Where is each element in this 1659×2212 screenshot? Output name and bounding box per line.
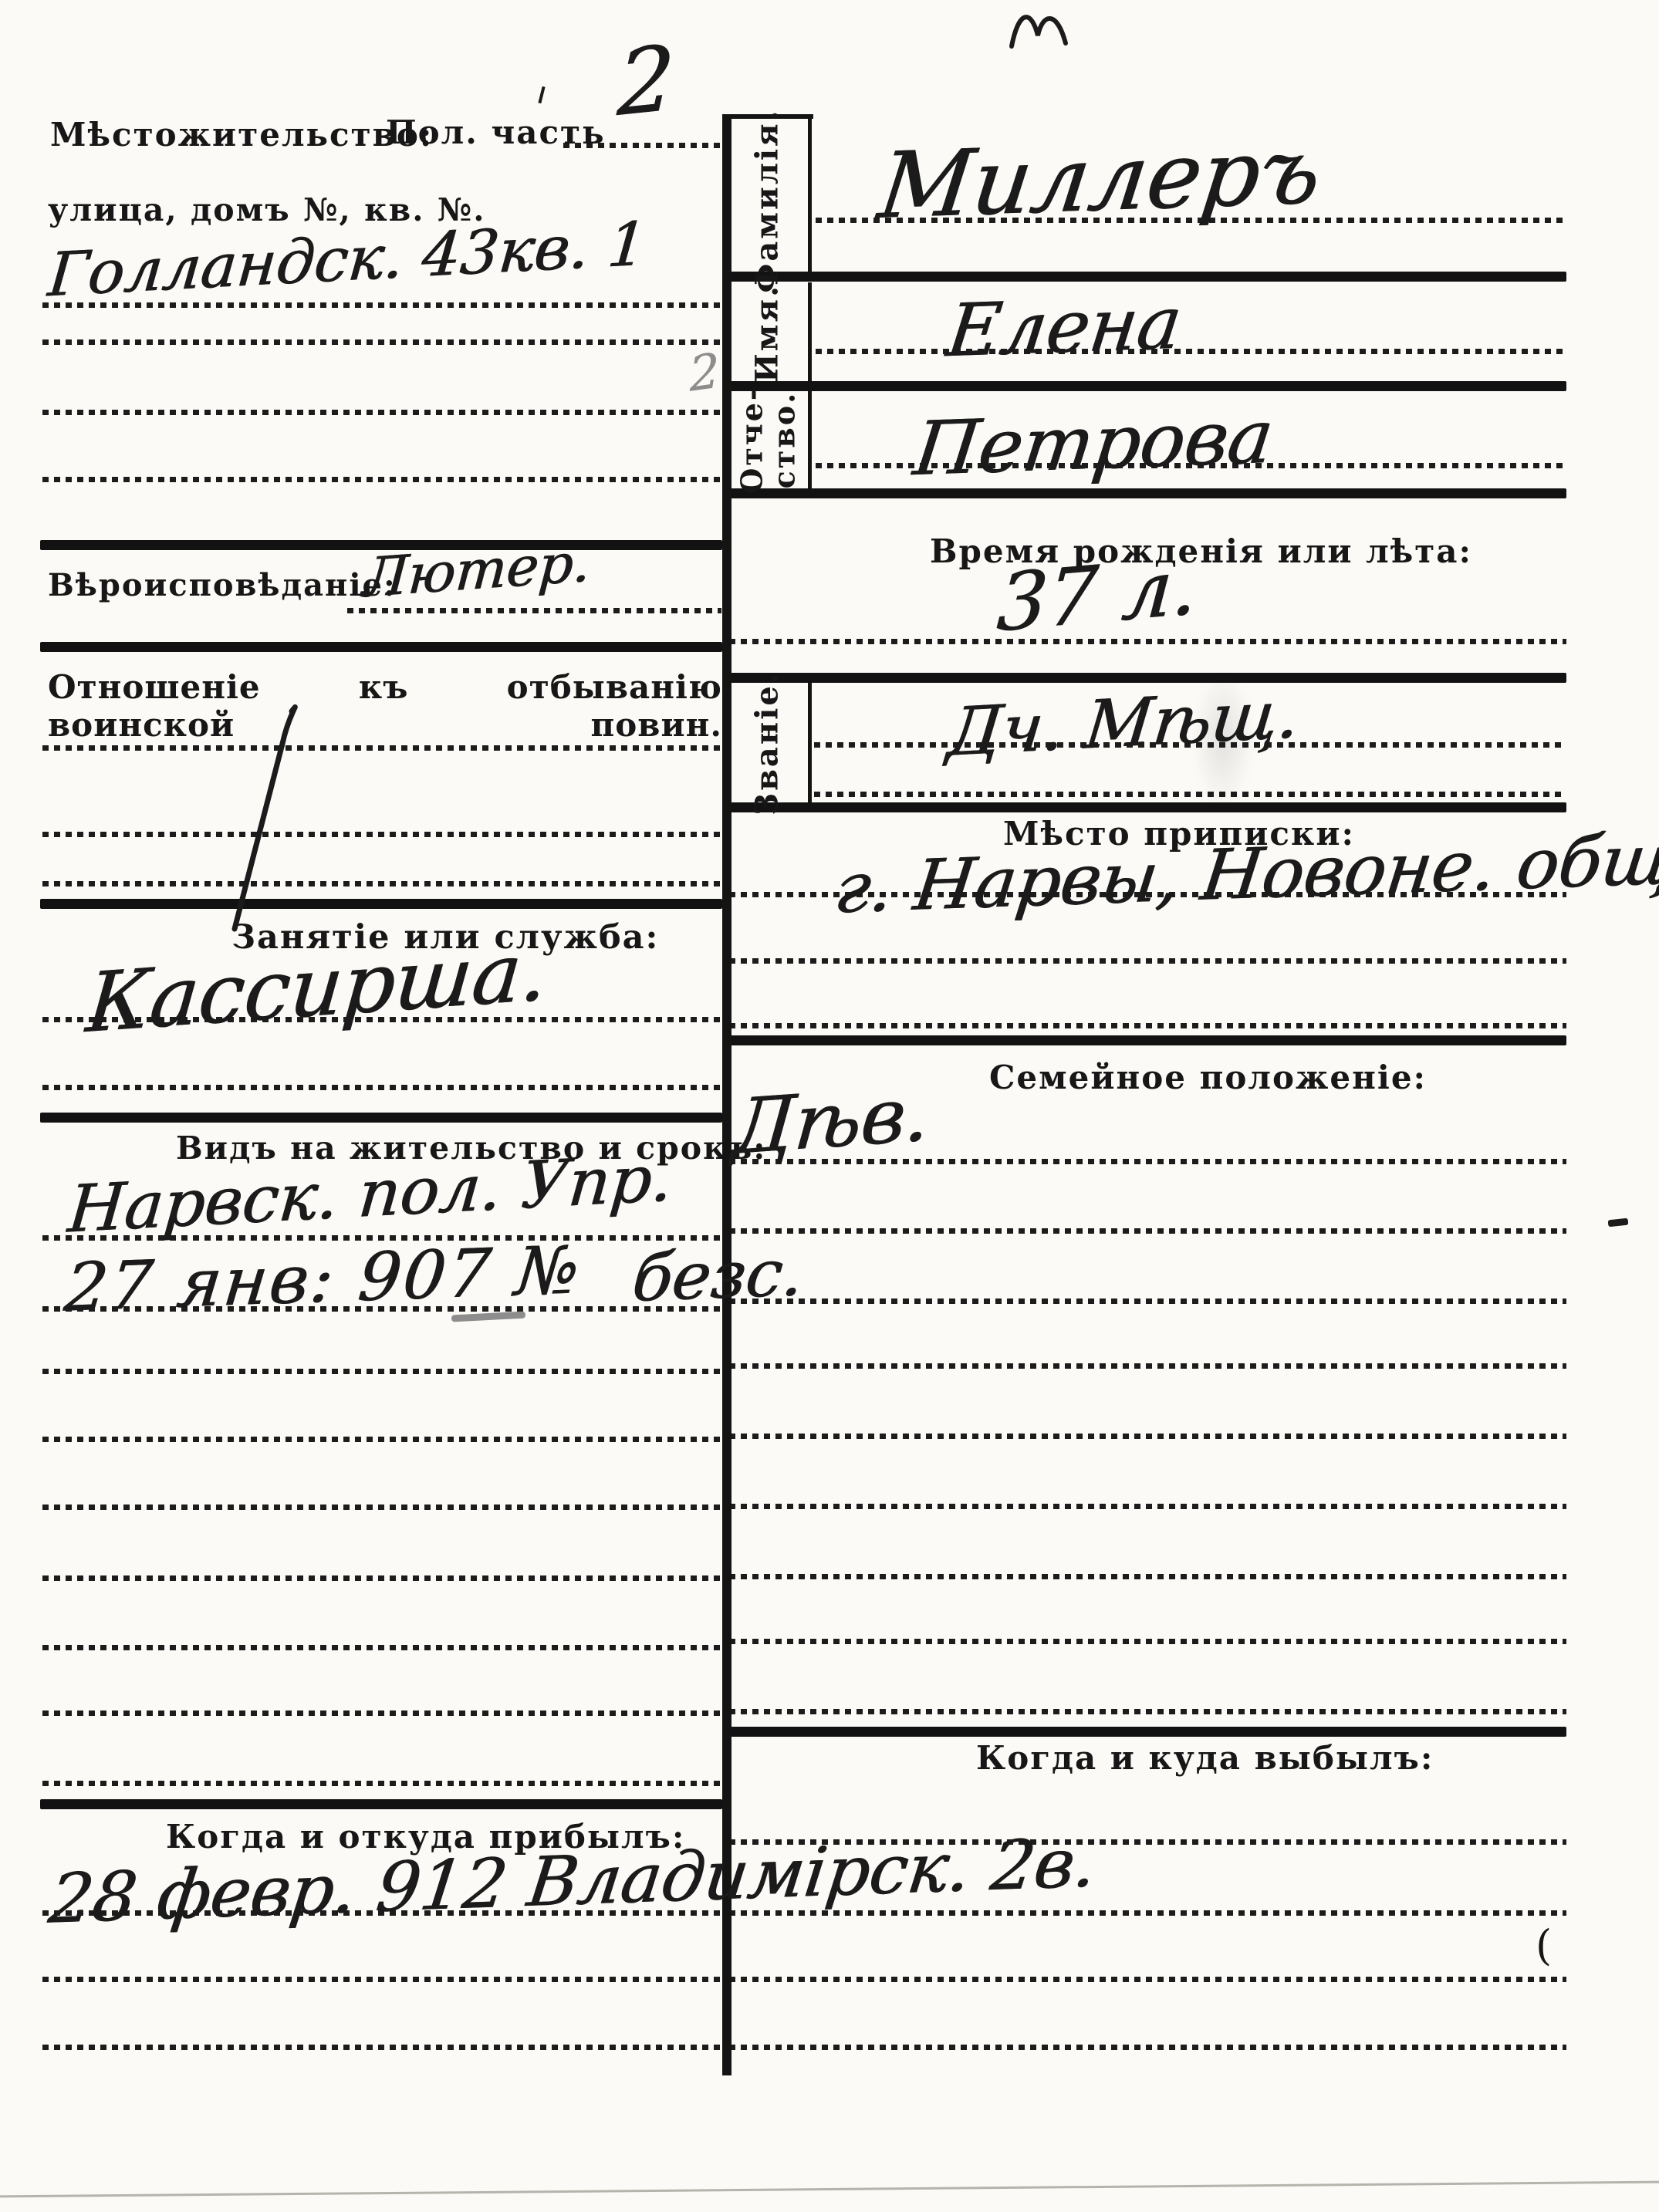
thick-rule bbox=[40, 899, 722, 909]
dotted-line bbox=[42, 477, 721, 482]
dotted-line bbox=[729, 1574, 1566, 1579]
police-part-label: Пол. часть bbox=[386, 113, 606, 151]
dotted-line bbox=[42, 1437, 721, 1442]
dotted-line bbox=[729, 1910, 1566, 1916]
column-divider bbox=[722, 114, 732, 2075]
thick-rule bbox=[722, 272, 1566, 282]
dotted-line bbox=[729, 958, 1566, 964]
dotted-line bbox=[42, 1085, 721, 1090]
dotted-line bbox=[42, 1977, 721, 1982]
dotted-line bbox=[729, 1023, 1566, 1028]
dotted-line bbox=[729, 639, 1566, 644]
dotted-line bbox=[42, 1369, 721, 1374]
top-edge-ink-mark bbox=[1007, 3, 1072, 52]
name-box-inner-rule bbox=[808, 282, 812, 381]
occupation-value-handwritten: Кассирша. bbox=[83, 924, 551, 1052]
surname-label-vertical: Фамилія. bbox=[749, 108, 786, 292]
police-part-value-handwritten: 2 bbox=[616, 26, 676, 137]
first-name-label-vertical: Имя. bbox=[749, 284, 786, 383]
thick-rule bbox=[722, 488, 1566, 498]
dotted-line bbox=[729, 1504, 1566, 1509]
patronymic-box-inner-rule bbox=[808, 391, 812, 488]
departure-label: Когда и куда выбылъ: bbox=[976, 1739, 1434, 1777]
family-status-label: Семейное положеніе: bbox=[989, 1059, 1427, 1096]
thick-rule bbox=[722, 1727, 1566, 1737]
dotted-line bbox=[347, 608, 721, 613]
dotted-line bbox=[42, 1645, 721, 1650]
residence-permit-line2-end-handwritten: безс. bbox=[629, 1234, 807, 1316]
edge-ink-mark bbox=[1608, 1218, 1629, 1228]
dotted-line bbox=[729, 1363, 1566, 1369]
dotted-line bbox=[729, 1434, 1566, 1439]
rank-box-inner-rule bbox=[808, 683, 812, 802]
thick-rule bbox=[722, 381, 1566, 391]
patronymic-label-vertical-part1: Отче- bbox=[735, 386, 769, 493]
dotted-line bbox=[729, 1977, 1566, 1982]
dotted-line bbox=[42, 1711, 721, 1716]
thick-rule bbox=[722, 1035, 1566, 1045]
registration-card-scan: Мѣстожительство: Пол. часть 2 улица, дом… bbox=[0, 0, 1659, 2212]
residence-label: Мѣстожительство: bbox=[50, 116, 433, 154]
dotted-line bbox=[42, 2045, 721, 2050]
dotted-line bbox=[816, 349, 1563, 354]
military-duty-stroke-mark bbox=[218, 704, 310, 935]
birth-value-handwritten: 37 л. bbox=[994, 540, 1200, 650]
dotted-line bbox=[729, 2045, 1566, 2050]
dotted-line bbox=[729, 1298, 1566, 1304]
dotted-line bbox=[42, 832, 721, 837]
thick-rule bbox=[40, 642, 722, 652]
dotted-line bbox=[729, 1709, 1566, 1714]
dotted-line bbox=[814, 792, 1566, 797]
dotted-line bbox=[42, 1504, 721, 1510]
dotted-line bbox=[42, 881, 721, 886]
first-name-value-handwritten: Елена bbox=[942, 281, 1185, 373]
dotted-line bbox=[42, 339, 721, 345]
rank-label-vertical: Званіе. bbox=[749, 670, 786, 815]
dotted-line bbox=[42, 1575, 721, 1581]
family-status-value-handwritten: Дѣв. bbox=[729, 1070, 933, 1173]
pencil-note-2: 2 bbox=[688, 342, 721, 403]
patronymic-label-vertical-part2: ство. bbox=[767, 391, 802, 489]
ink-tick-mark bbox=[538, 86, 545, 103]
dotted-line bbox=[729, 1228, 1566, 1234]
patronymic-value-handwritten: Петрова bbox=[909, 393, 1277, 493]
religion-label: Вѣроисповѣданіе: bbox=[48, 567, 397, 603]
dotted-line bbox=[42, 410, 721, 415]
thick-rule bbox=[722, 802, 1566, 812]
surname-box-inner-rule bbox=[808, 117, 812, 273]
registration-place-value-handwritten: г. Нарвы, Новоне. общ. bbox=[830, 818, 1659, 929]
dotted-line bbox=[42, 1781, 721, 1786]
surname-value-handwritten: Миллеръ bbox=[873, 117, 1327, 240]
dotted-line bbox=[42, 745, 721, 751]
stray-paren-mark: ( bbox=[1536, 1921, 1552, 1970]
thick-rule bbox=[40, 1799, 722, 1809]
military-duty-label: Отношеніе къ отбыванію воинской повин. bbox=[48, 668, 722, 744]
dotted-line bbox=[729, 1639, 1566, 1644]
thick-rule bbox=[722, 673, 1566, 683]
page-edge-scan-line bbox=[0, 2181, 1659, 2198]
thick-rule bbox=[40, 1113, 722, 1123]
